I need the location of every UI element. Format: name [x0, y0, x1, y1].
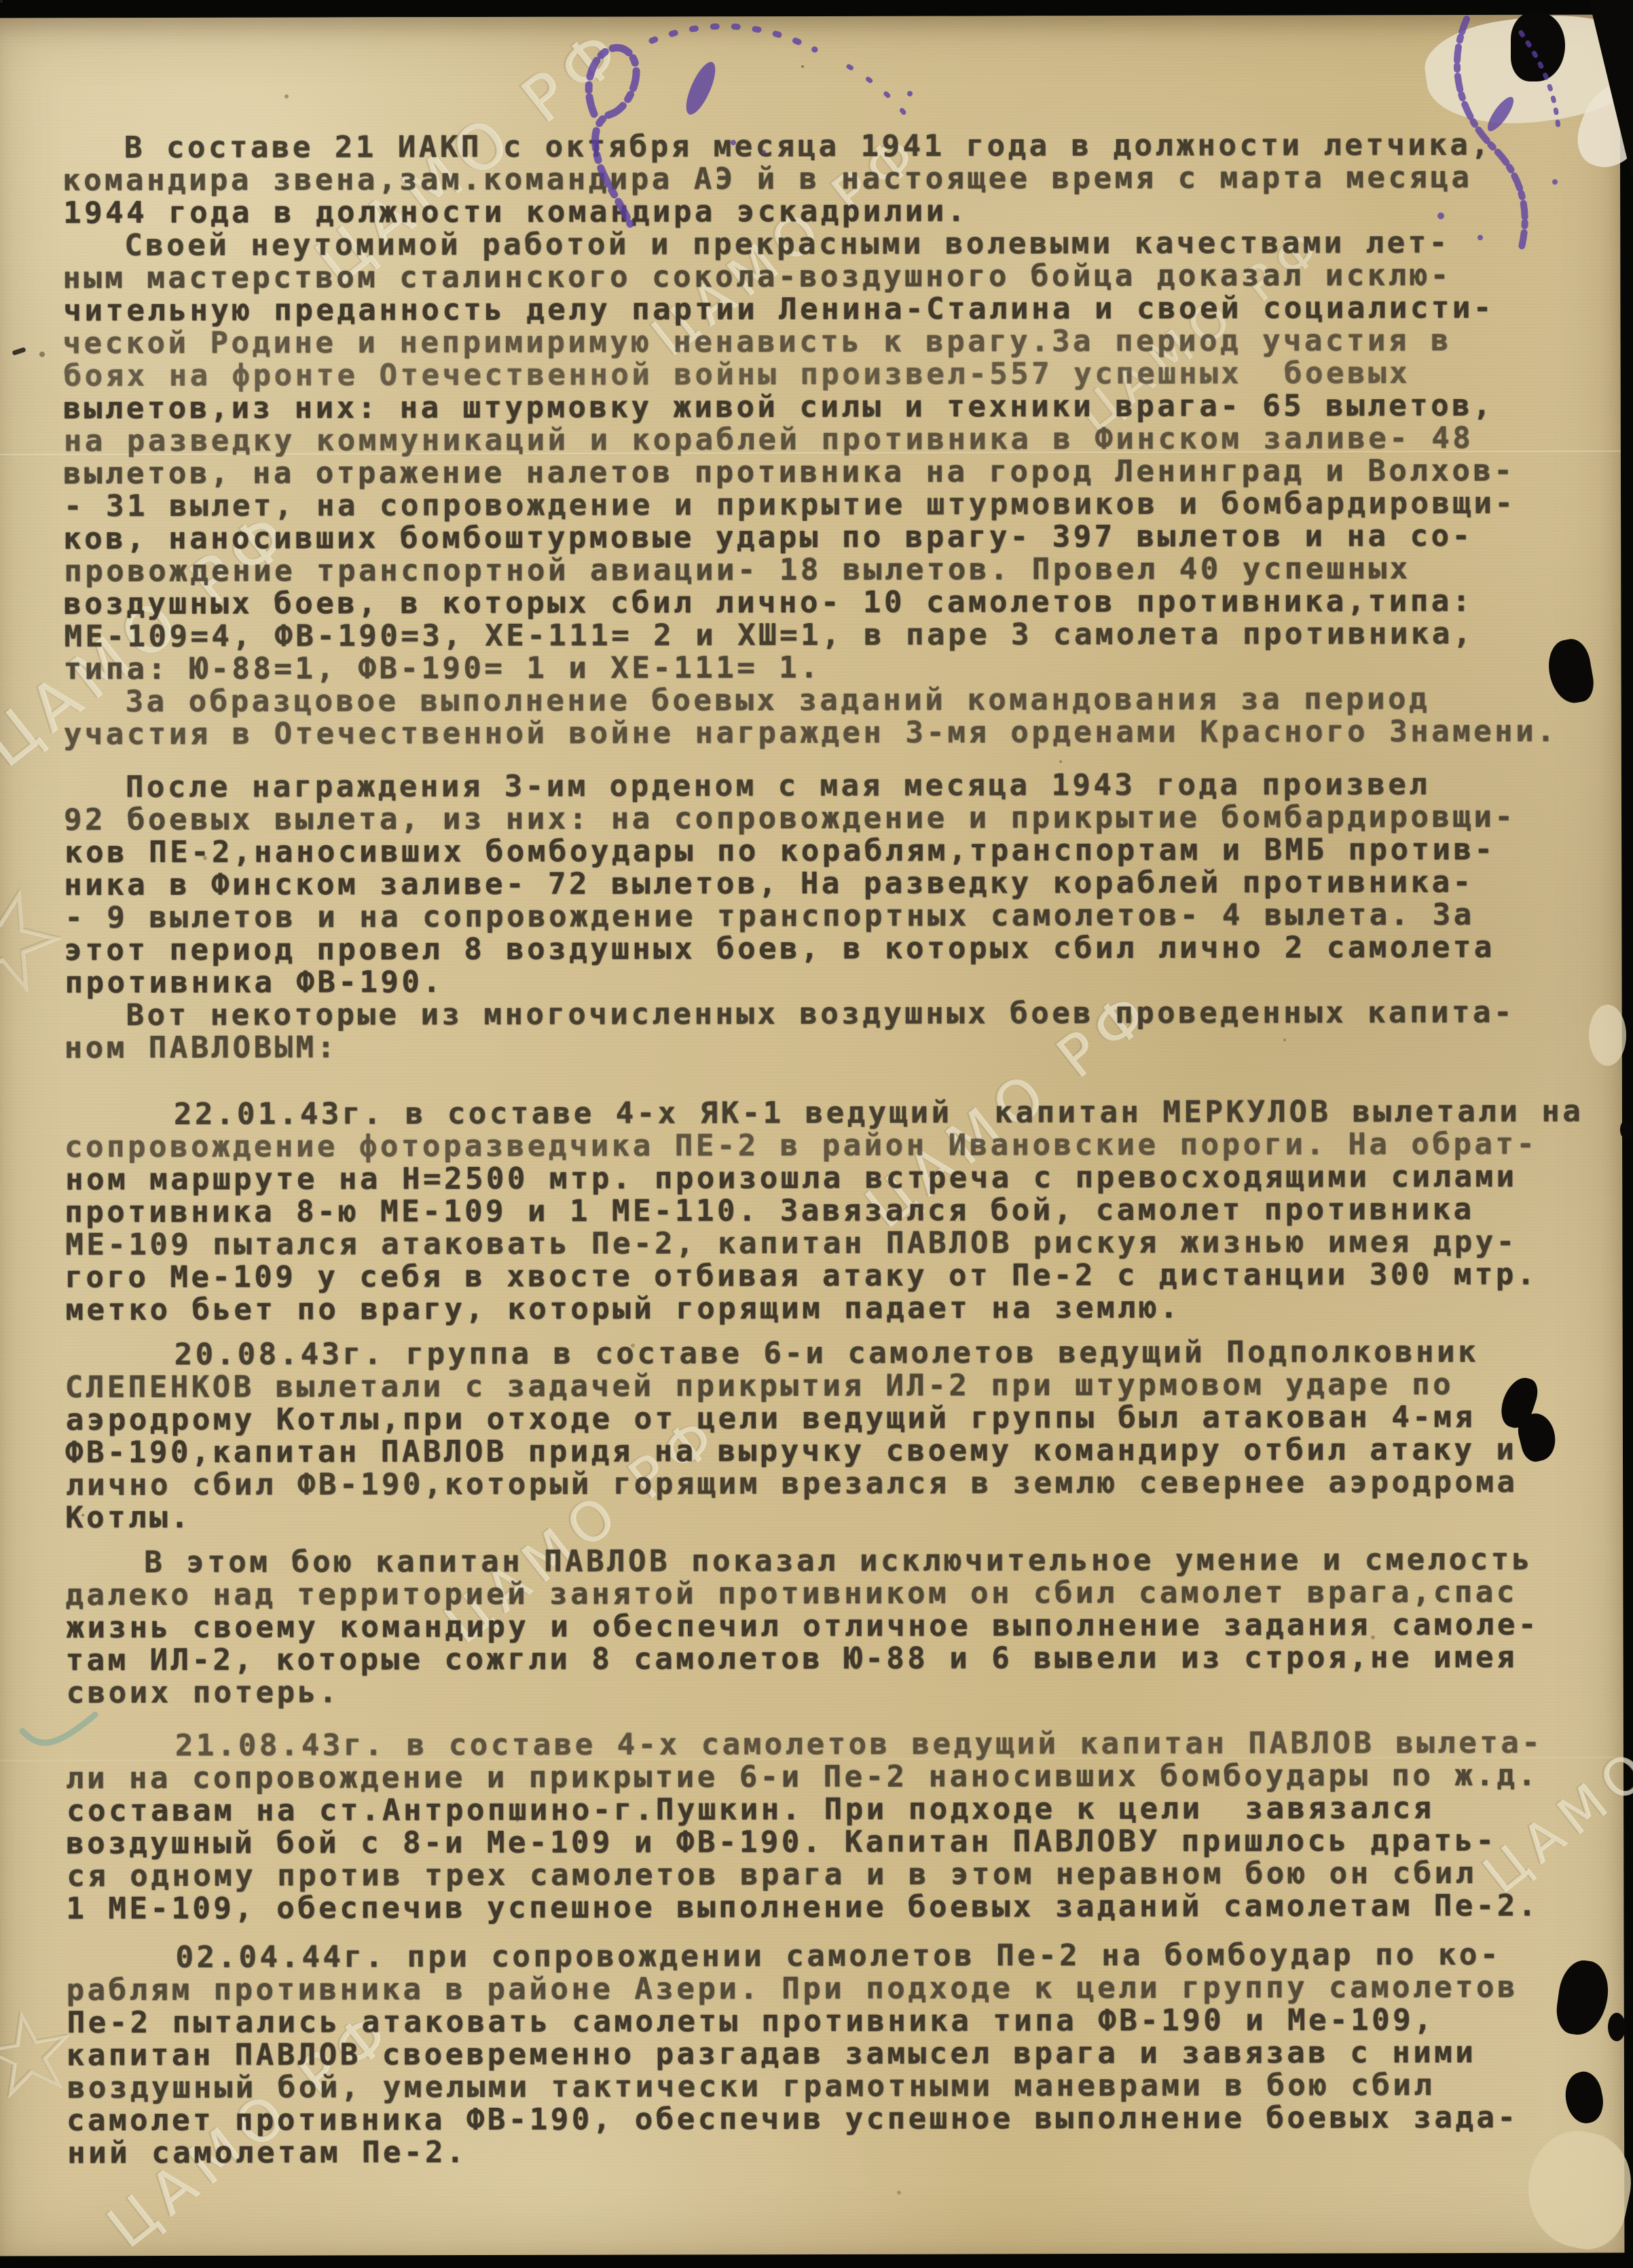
text-line: МЕ-109 пытался атаковать Пе-2, капитан П…	[65, 1226, 1593, 1262]
text-line: МЕ-109=4, ФВ-190=3, ХЕ-111= 2 и ХШ=1, в …	[64, 618, 1592, 654]
paragraph: После награждения 3-им орденом с мая мес…	[64, 768, 1592, 1000]
text-line: вылетов,из них: на штурмовку живой силы …	[63, 390, 1591, 426]
text-line: противника ФВ-190.	[65, 964, 1592, 1000]
text-line: типа: Ю-88=1, ФВ-190= 1 и ХЕ-111= 1.	[64, 650, 1592, 686]
text-line: СЛЕПЕНКОВ вылетали с задачей прикрытия И…	[65, 1369, 1593, 1405]
text-line: этот период провел 8 воздушных боев, в к…	[64, 931, 1592, 967]
text-line: Котлы.	[65, 1499, 1593, 1535]
text-line: лично сбил ФВ-190,который горящим врезал…	[66, 1466, 1594, 1502]
paragraph: За образцовое выполнение боевых заданий …	[64, 683, 1592, 751]
text-line: воздушных боев, в которых сбил лично- 10…	[63, 585, 1591, 621]
text-line: 1 МЕ-109, обеспечив успешное выполнение …	[66, 1890, 1594, 1926]
paragraph: 21.08.43г. в составе 4-х самолетов ведущ…	[66, 1727, 1594, 1926]
text-line: - 9 вылетов и на сопровождение транспорт…	[65, 899, 1592, 935]
text-line: гого Ме-109 у себя в хвосте отбивая атак…	[65, 1259, 1592, 1295]
text-line: участия в Отечественной войне награжден …	[64, 715, 1592, 751]
text-line: своих потерь.	[67, 1674, 1594, 1710]
text-line: на разведку коммуникаций и кораблей прот…	[64, 422, 1592, 458]
text-line: жизнь своему командиру и обеспечил отлич…	[66, 1609, 1594, 1645]
paper-sheet: ЦАМО РФ ЦАМО РФ ЦАМО РФ ЦАМО РФ ЦАМО РФ …	[0, 14, 1624, 2256]
text-line: ний самолетам Пе-2.	[67, 2134, 1595, 2170]
text-line: ков, наносивших бомбоштурмовые удары по …	[63, 520, 1591, 556]
text-line: ческой Родине и непримиримую ненависть к…	[63, 324, 1591, 360]
text-line: воздушный бой с 8-и Ме-109 и ФВ-190. Кап…	[66, 1825, 1594, 1861]
text-line: ным мастерством сталинского сокола-возду…	[62, 259, 1590, 295]
text-line: противника 8-ю МЕ-109 и 1 МЕ-110. Завяза…	[65, 1193, 1592, 1229]
text-line: ся одному против трех самолетов врага и …	[67, 1857, 1594, 1893]
text-line: - 31 вылет, на сопровождение и прикрытие…	[64, 487, 1592, 523]
text-line: далеко над территорией занятой противник…	[65, 1576, 1593, 1612]
text-line: В этом бою капитан ПАВЛОВ показал исключ…	[66, 1544, 1594, 1580]
text-line: сопровождение фоторазведчика ПЕ-2 в райо…	[65, 1128, 1592, 1164]
text-line: ника в Финском заливе- 72 вылетов, На ра…	[64, 866, 1592, 902]
text-line: ли на сопровождение и прикрытие 6-и Пе-2…	[66, 1760, 1594, 1796]
paragraph: Вот некоторые из многочисленных воздушны…	[65, 997, 1592, 1065]
text-line: аэродрому Котлы,при отходе от цели ведущ…	[66, 1401, 1594, 1437]
text-line: ном маршруте на Н=2500 мтр. произошла вс…	[65, 1161, 1593, 1197]
text-line: воздушный бой, умелыми тактически грамот…	[67, 2069, 1595, 2105]
text-line: Вот некоторые из многочисленных воздушны…	[65, 997, 1593, 1033]
ink-blot	[1620, 1120, 1632, 1139]
text-line: метко бьет по врагу, который горящим пад…	[65, 1291, 1593, 1327]
text-line: боях на фронте Отечественной войны произ…	[64, 357, 1592, 393]
text-line: Пе-2 пытались атаковать самолеты противн…	[67, 2004, 1595, 2040]
ink-scribble-top-right	[1385, 12, 1616, 270]
text-line: самолет противника ФВ-190, обеспечив усп…	[67, 2102, 1594, 2138]
paragraph: В этом бою капитан ПАВЛОВ показал исключ…	[65, 1544, 1593, 1710]
text-line: провождение транспортной авиации- 18 выл…	[64, 553, 1592, 589]
paragraph: Своей неутомимой работой и прекрасными в…	[62, 227, 1591, 686]
text-line: чительную преданность делу партии Ленина…	[63, 292, 1591, 328]
paper-specks	[0, 0, 3, 3]
text-line: После награждения 3-им орденом с мая мес…	[65, 768, 1592, 804]
text-line: раблям противника в районе Азери. При по…	[67, 1971, 1594, 2007]
text-line: ФВ-190,капитан ПАВЛОВ придя на выручку с…	[65, 1434, 1593, 1470]
text-line: вылетов, на отражение налетов противника…	[63, 455, 1591, 491]
text-line: ном ПАВЛОВЫМ:	[65, 1029, 1592, 1065]
text-line: там ИЛ-2, которые сожгли 8 самолетов Ю-8…	[66, 1641, 1594, 1677]
text-line: 02.04.44г. при сопровождении самолетов П…	[67, 1939, 1594, 1975]
text-line: капитан ПАВЛОВ своевременно разгадав зам…	[67, 2037, 1594, 2072]
text-line: 92 боевых вылета, из них: на сопровожден…	[64, 801, 1592, 837]
scanned-page: ЦАМО РФ ЦАМО РФ ЦАМО РФ ЦАМО РФ ЦАМО РФ …	[0, 0, 1633, 2268]
text-line: 22.01.43г. в составе 4-х ЯК-1 ведущий ка…	[65, 1096, 1593, 1132]
text-line: составам на ст.Антропшино-г.Пушкин. При …	[67, 1792, 1594, 1828]
ink-scribble-top-left	[530, 12, 951, 236]
text-line: ков ПЕ-2,наносивших бомбоудары по корабл…	[65, 834, 1592, 870]
ink-blot	[1608, 2013, 1626, 2041]
text-line: 20.08.43г. группа в составе 6-и самолето…	[66, 1336, 1594, 1372]
checkmark-stroke	[19, 1711, 100, 1758]
document-body: В составе 21 ИАКП с октября месяца 1941 …	[62, 15, 1595, 2170]
paragraph: 20.08.43г. группа в составе 6-и самолето…	[65, 1336, 1594, 1535]
text-line: За образцовое выполнение боевых заданий …	[65, 683, 1592, 719]
paragraph: 02.04.44г. при сопровождении самолетов П…	[66, 1939, 1594, 2170]
text-line: 21.08.43г. в составе 4-х самолетов ведущ…	[67, 1727, 1594, 1763]
paragraph: 22.01.43г. в составе 4-х ЯК-1 ведущий ка…	[65, 1096, 1593, 1327]
